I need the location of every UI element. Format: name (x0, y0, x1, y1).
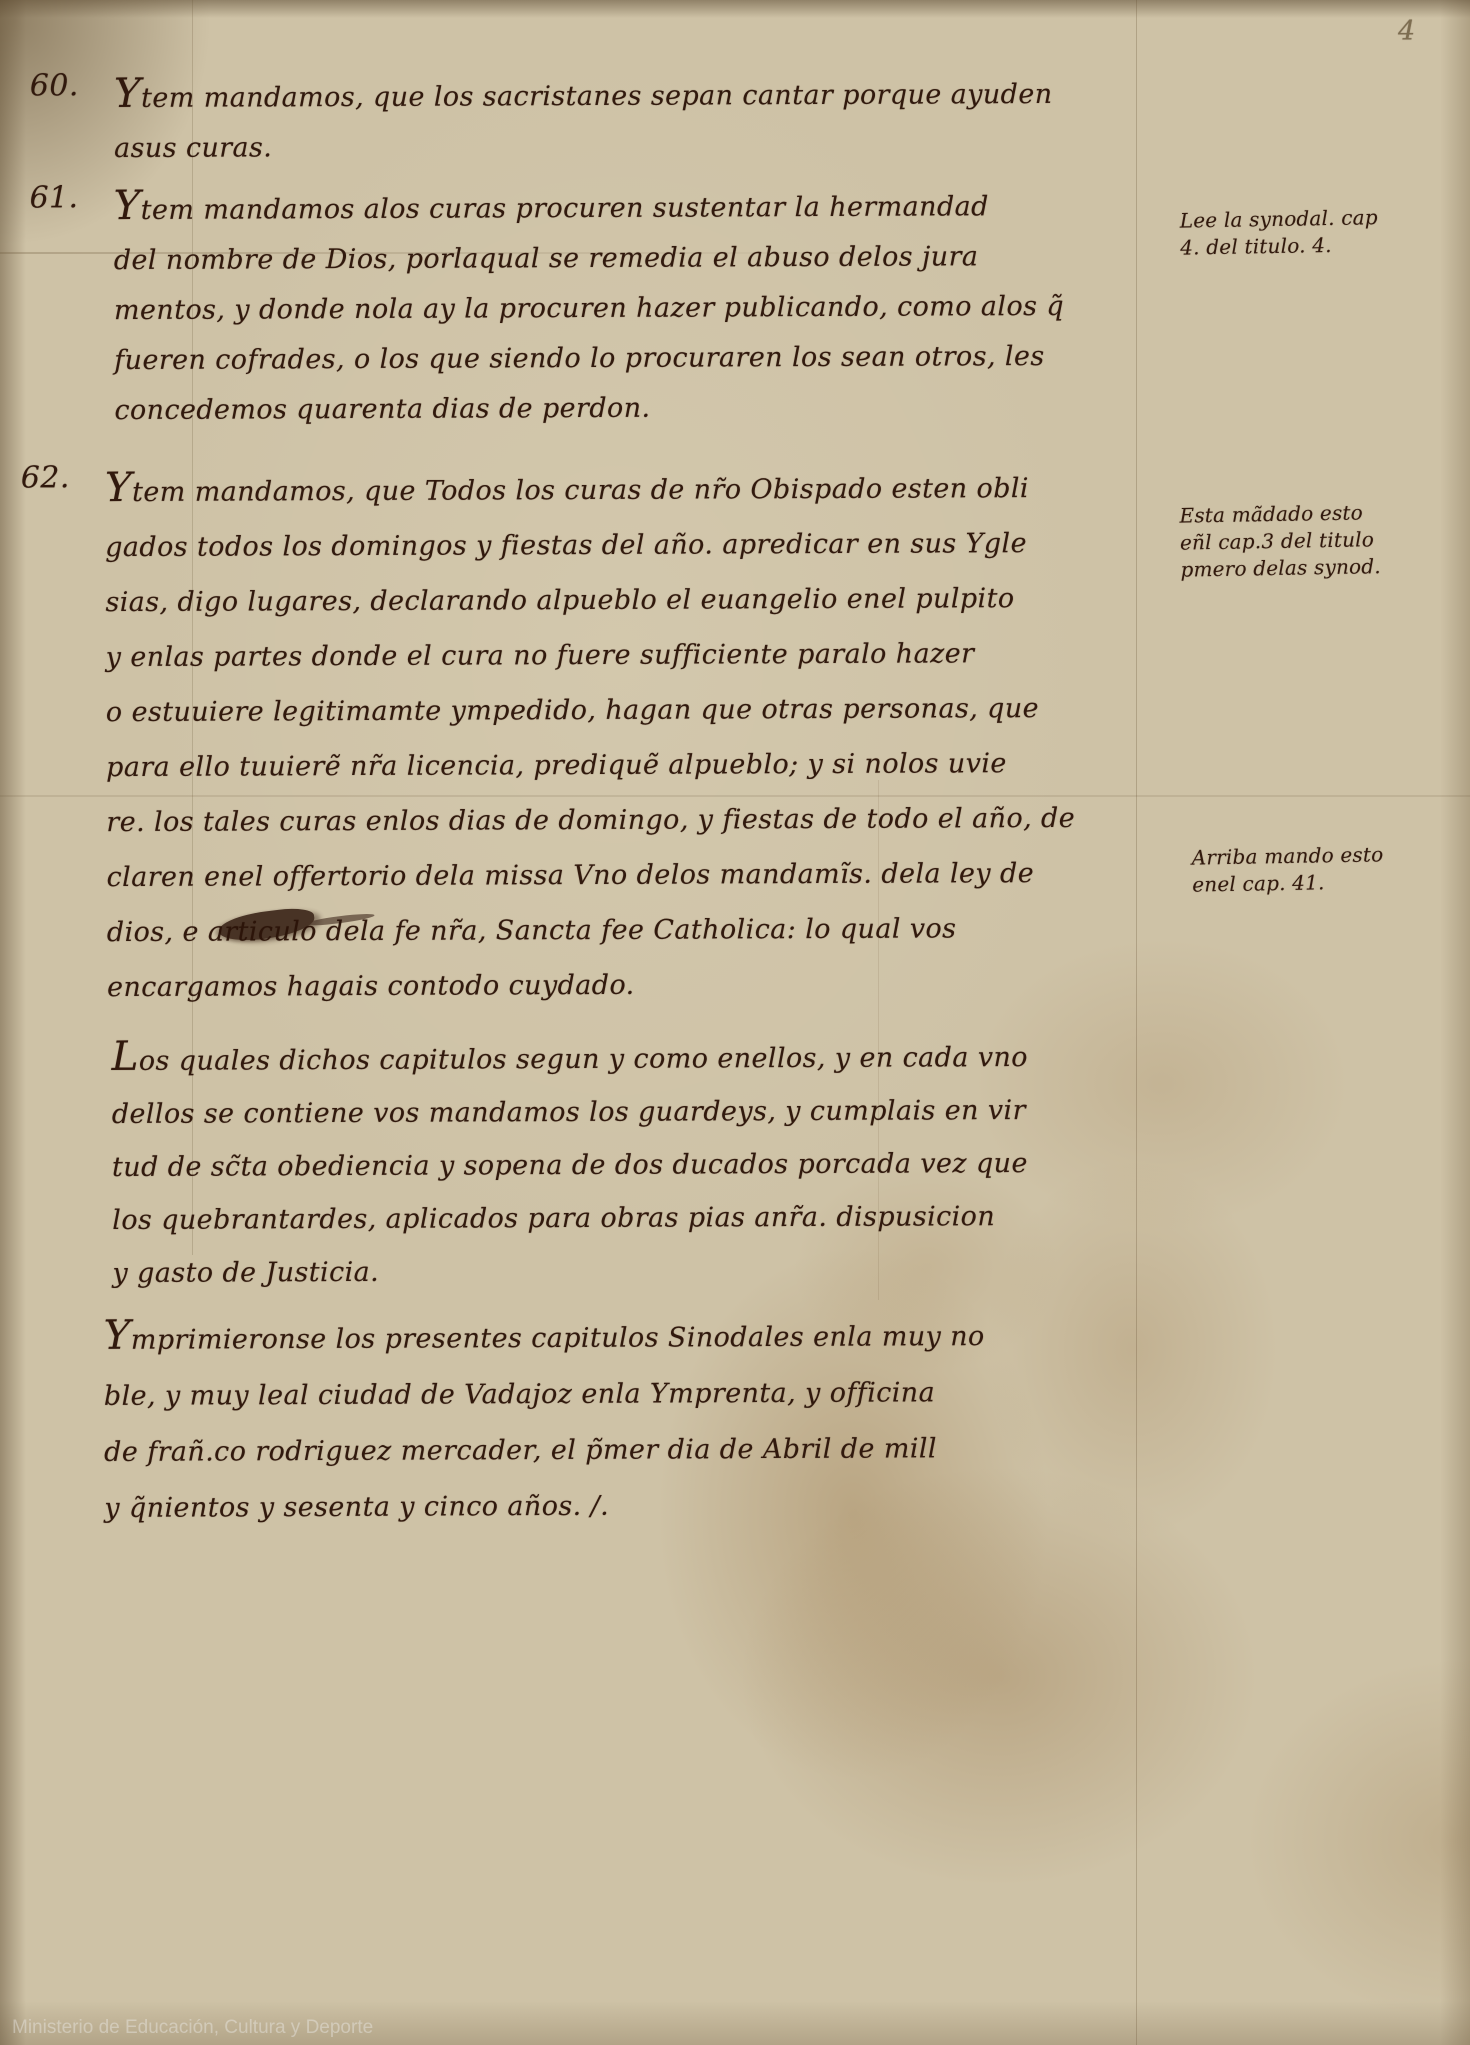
manuscript-line: Ytem mandamos alos curas procuren susten… (113, 176, 1063, 236)
manuscript-line: de frañ.co rodriguez mercader, el p̃mer … (104, 1421, 985, 1481)
manuscript-line: o estuuiere legitimamte ympedido, hagan … (106, 681, 1075, 740)
manuscript-page: 4 60. Ytem mandamos, que los sacristanes… (0, 0, 1470, 2045)
item-number-60: 60. (30, 68, 79, 103)
colophon-paragraph: Ymprimieronse los presentes capitulos Si… (104, 1303, 986, 1537)
right-margin-rule (1136, 0, 1137, 2045)
margin-note-line: 4. del titulo. 4. (1180, 229, 1470, 261)
item-number-61: 61. (29, 180, 78, 215)
capitulo-62: 62. Ytem mandamos, que Todos los curas d… (105, 456, 1076, 1015)
item-62-lines: Ytem mandamos, que Todos los curas de nr… (105, 456, 1076, 1015)
closing-paragraph: Los quales dichos capitulos segun y como… (111, 1026, 1029, 1300)
manuscript-line: fueren cofrades, o los que siendo lo pro… (114, 332, 1064, 386)
ministry-watermark: Ministerio de Educación, Cultura y Depor… (12, 2017, 373, 2039)
manuscript-line: claren enel offertorio dela missa Vno de… (106, 846, 1075, 905)
manuscript-line: los quebrantardes, aplicados para obras … (112, 1190, 1029, 1247)
manuscript-line: asus curas. (114, 120, 1053, 174)
manuscript-line: dellos se contiene vos mandamos los guar… (112, 1084, 1029, 1141)
manuscript-line: Ytem mandamos, que Todos los curas de nr… (105, 456, 1074, 520)
margin-note-synodal: Lee la synodal. cap 4. del titulo. 4. (1180, 202, 1470, 261)
manuscript-line: encargamos hagais contodo cuydado. (107, 956, 1076, 1015)
capitulo-60: 60. Ytem mandamos, que los sacristanes s… (114, 64, 1053, 174)
manuscript-line: mentos, y donde nola ay la procuren haze… (114, 282, 1064, 336)
manuscript-line: del nombre de Dios, porlaqual se remedia… (114, 232, 1064, 286)
item-number-62: 62. (21, 460, 70, 495)
item-60-lines: Ytem mandamos, que los sacristanes sepan… (114, 64, 1053, 174)
manuscript-line: sias, digo lugares, declarando alpueblo … (105, 571, 1074, 630)
manuscript-line: y gasto de Justicia. (112, 1243, 1029, 1300)
manuscript-line: y q̃nientos y sesenta y cinco años. /. (104, 1477, 985, 1537)
manuscript-line: y enlas partes donde el cura no fuere su… (106, 626, 1075, 685)
folio-number: 4 (1398, 16, 1416, 47)
capitulo-61: 61. Ytem mandamos alos curas procuren su… (113, 176, 1064, 436)
manuscript-line: ble, y muy leal ciudad de Vadajoz enla Y… (104, 1365, 985, 1425)
margin-note-arriba: Arriba mando esto enel cap. 41. (1192, 839, 1470, 898)
manuscript-line: Los quales dichos capitulos segun y como… (111, 1026, 1028, 1088)
manuscript-line: concedemos quarenta dias de perdon. (114, 382, 1064, 436)
manuscript-line: re. los tales curas enlos dias de doming… (106, 791, 1075, 850)
manuscript-line: tud de sc̃ta obediencia y sopena de dos … (112, 1137, 1029, 1194)
manuscript-line: para ello tuuierẽ nr̃a licencia, prediqu… (106, 736, 1075, 795)
manuscript-line: Ymprimieronse los presentes capitulos Si… (104, 1303, 985, 1369)
item-61-lines: Ytem mandamos alos curas procuren susten… (113, 176, 1064, 436)
manuscript-line: gados todos los domingos y fiestas del a… (105, 516, 1074, 575)
margin-note-line: enel cap. 41. (1192, 866, 1470, 898)
margin-note-mandado: Esta mãdado esto eñl cap.3 del titulo pm… (1179, 497, 1470, 583)
manuscript-line: Ytem mandamos, que los sacristanes sepan… (114, 64, 1053, 124)
margin-note-line: pmero delas synod. (1180, 551, 1470, 583)
